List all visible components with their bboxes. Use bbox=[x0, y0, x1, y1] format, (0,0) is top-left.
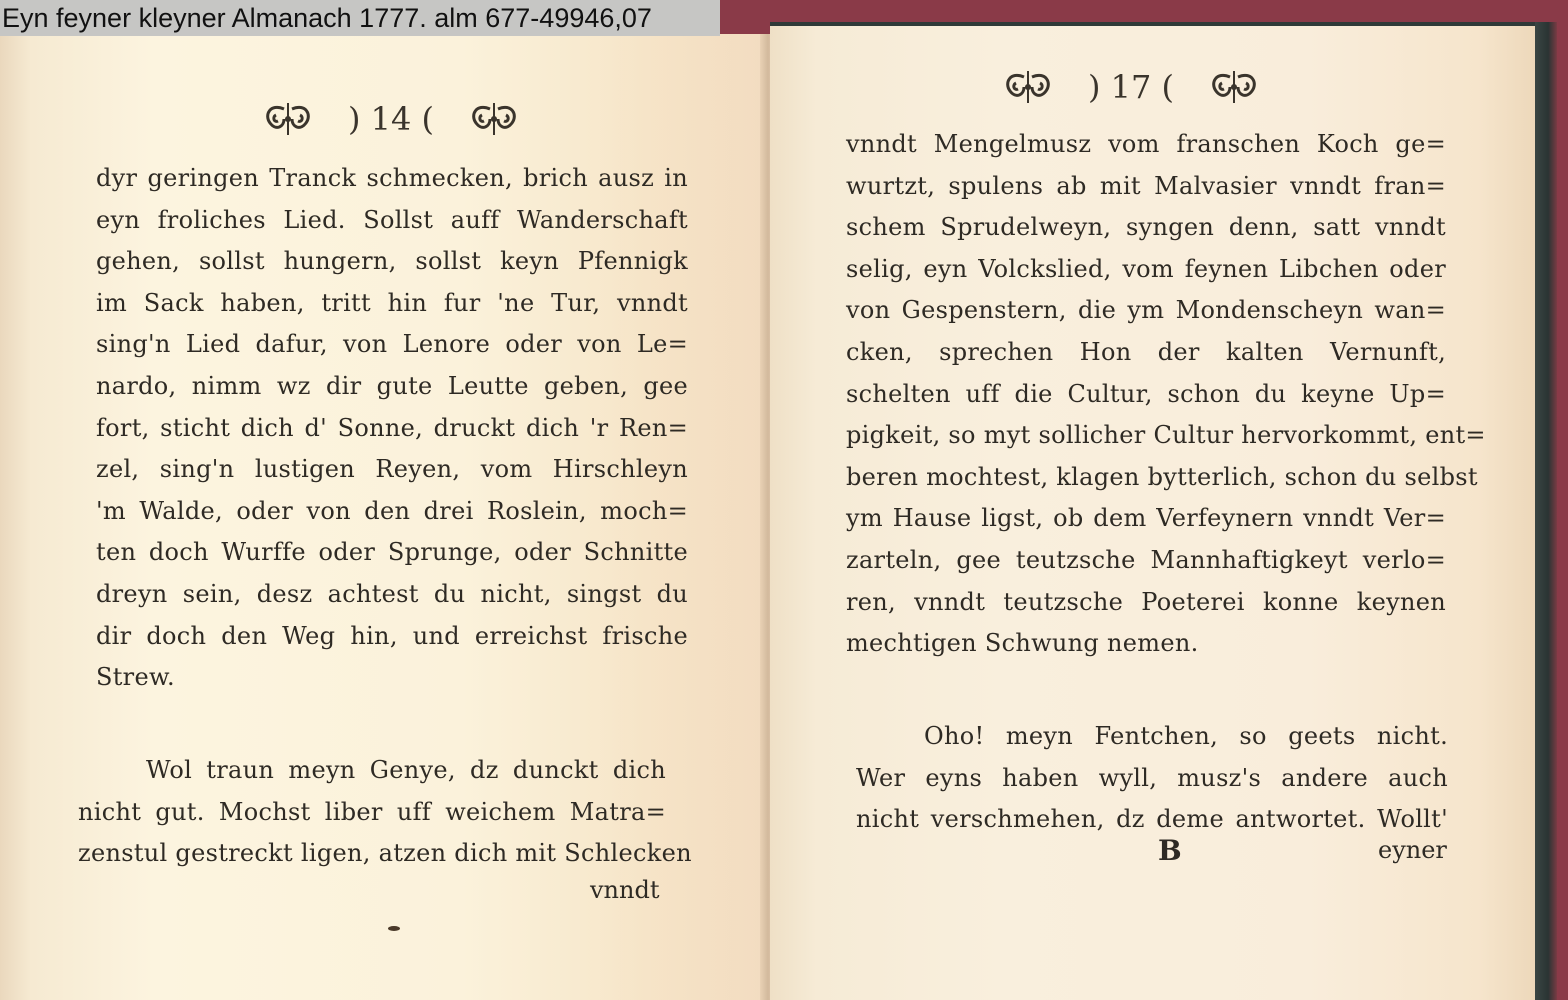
right-page: ) 17 ( vnndt Mengelmusz vom franschen Ko… bbox=[770, 22, 1540, 1000]
text-line: beren mochtest, klagen bytterlich, schon… bbox=[846, 457, 1446, 499]
text-line: fort, sticht dich d' Sonne, druckt dich … bbox=[96, 408, 688, 450]
text-line: schem Sprudelweyn, syngen denn, satt vnn… bbox=[846, 207, 1446, 249]
text-line: ym Hause ligst, ob dem Verfeynern vnndt … bbox=[846, 498, 1446, 540]
text-line: sing'n Lied dafur, von Lenore oder von L… bbox=[96, 324, 688, 366]
text-line: gehen, sollst hungern, sollst keyn Pfenn… bbox=[96, 241, 688, 283]
image-caption: Eyn feyner kleyner Almanach 1777. alm 67… bbox=[0, 0, 720, 36]
text-line: 'm Walde, oder von den drei Roslein, moc… bbox=[96, 491, 688, 533]
text-line: von Gespenstern, die ym Mondenscheyn wan… bbox=[846, 290, 1446, 332]
text-line: dyr geringen Tranck schmecken, brich aus… bbox=[96, 158, 688, 200]
text-line: dreyn sein, desz achtest du nicht, sings… bbox=[96, 574, 688, 616]
right-page-header: ) 17 ( bbox=[1002, 68, 1260, 106]
ornament-icon bbox=[468, 101, 520, 137]
ink-mark bbox=[388, 926, 400, 931]
book-cover-edge bbox=[1535, 22, 1557, 1000]
signature-mark: B bbox=[1158, 834, 1182, 867]
text-line: schelten uff die Cultur, schon du keyne … bbox=[846, 374, 1446, 416]
text-line: Strew. bbox=[96, 657, 688, 699]
right-paragraph-1: vnndt Mengelmusz vom franschen Koch ge= … bbox=[846, 124, 1446, 665]
right-paragraph-2: Oho! meyn Fentchen, so geets nicht. Wer … bbox=[856, 716, 1448, 841]
text-line: ren, vnndt teutzsche Poeterei konne keyn… bbox=[846, 582, 1446, 624]
left-paragraph-2: Wol traun meyn Genye, dz dunckt dich nic… bbox=[78, 750, 666, 875]
page-number: ) 17 ( bbox=[1088, 68, 1174, 106]
page-number: ) 14 ( bbox=[348, 100, 434, 138]
text-line: nardo, nimm wz dir gute Leutte geben, ge… bbox=[96, 366, 688, 408]
text-line: Oho! meyn Fentchen, so geets nicht. bbox=[856, 716, 1448, 758]
text-line: im Sack haben, tritt hin fur 'ne Tur, vn… bbox=[96, 283, 688, 325]
text-line: dir doch den Weg hin, und erreichst fris… bbox=[96, 616, 688, 658]
text-line: nicht verschmehen, dz deme antwortet. Wo… bbox=[856, 799, 1448, 841]
text-line: cken, sprechen Hon der kalten Vernunft, bbox=[846, 332, 1446, 374]
ornament-icon bbox=[262, 101, 314, 137]
catchword: vnndt bbox=[590, 876, 659, 904]
ornament-icon bbox=[1002, 69, 1054, 105]
catchword: eyner bbox=[1378, 836, 1447, 864]
left-paragraph-1: dyr geringen Tranck schmecken, brich aus… bbox=[96, 158, 688, 699]
text-line: nicht gut. Mochst liber uff weichem Matr… bbox=[78, 792, 666, 834]
text-line: zenstul gestreckt ligen, atzen dich mit … bbox=[78, 833, 666, 875]
text-line: zel, sing'n lustigen Reyen, vom Hirschle… bbox=[96, 449, 688, 491]
text-line: eyn froliches Lied. Sollst auff Wandersc… bbox=[96, 200, 688, 242]
text-line: Wer eyns haben wyll, musz's andere auch bbox=[856, 758, 1448, 800]
text-line: pigkeit, so myt sollicher Cultur hervork… bbox=[846, 415, 1446, 457]
text-line: zarteln, gee teutzsche Mannhaftigkeyt ve… bbox=[846, 540, 1446, 582]
text-line: Wol traun meyn Genye, dz dunckt dich bbox=[78, 750, 666, 792]
text-line: mechtigen Schwung nemen. bbox=[846, 623, 1446, 665]
text-line: vnndt Mengelmusz vom franschen Koch ge= bbox=[846, 124, 1446, 166]
left-page: ) 14 ( dyr geringen Tranck schmecken, br… bbox=[0, 34, 770, 1000]
text-line: ten doch Wurffe oder Sprunge, oder Schni… bbox=[96, 532, 688, 574]
left-page-header: ) 14 ( bbox=[262, 100, 520, 138]
ornament-icon bbox=[1208, 69, 1260, 105]
text-line: wurtzt, spulens ab mit Malvasier vnndt f… bbox=[846, 166, 1446, 208]
text-line: selig, eyn Volckslied, vom feynen Libche… bbox=[846, 249, 1446, 291]
